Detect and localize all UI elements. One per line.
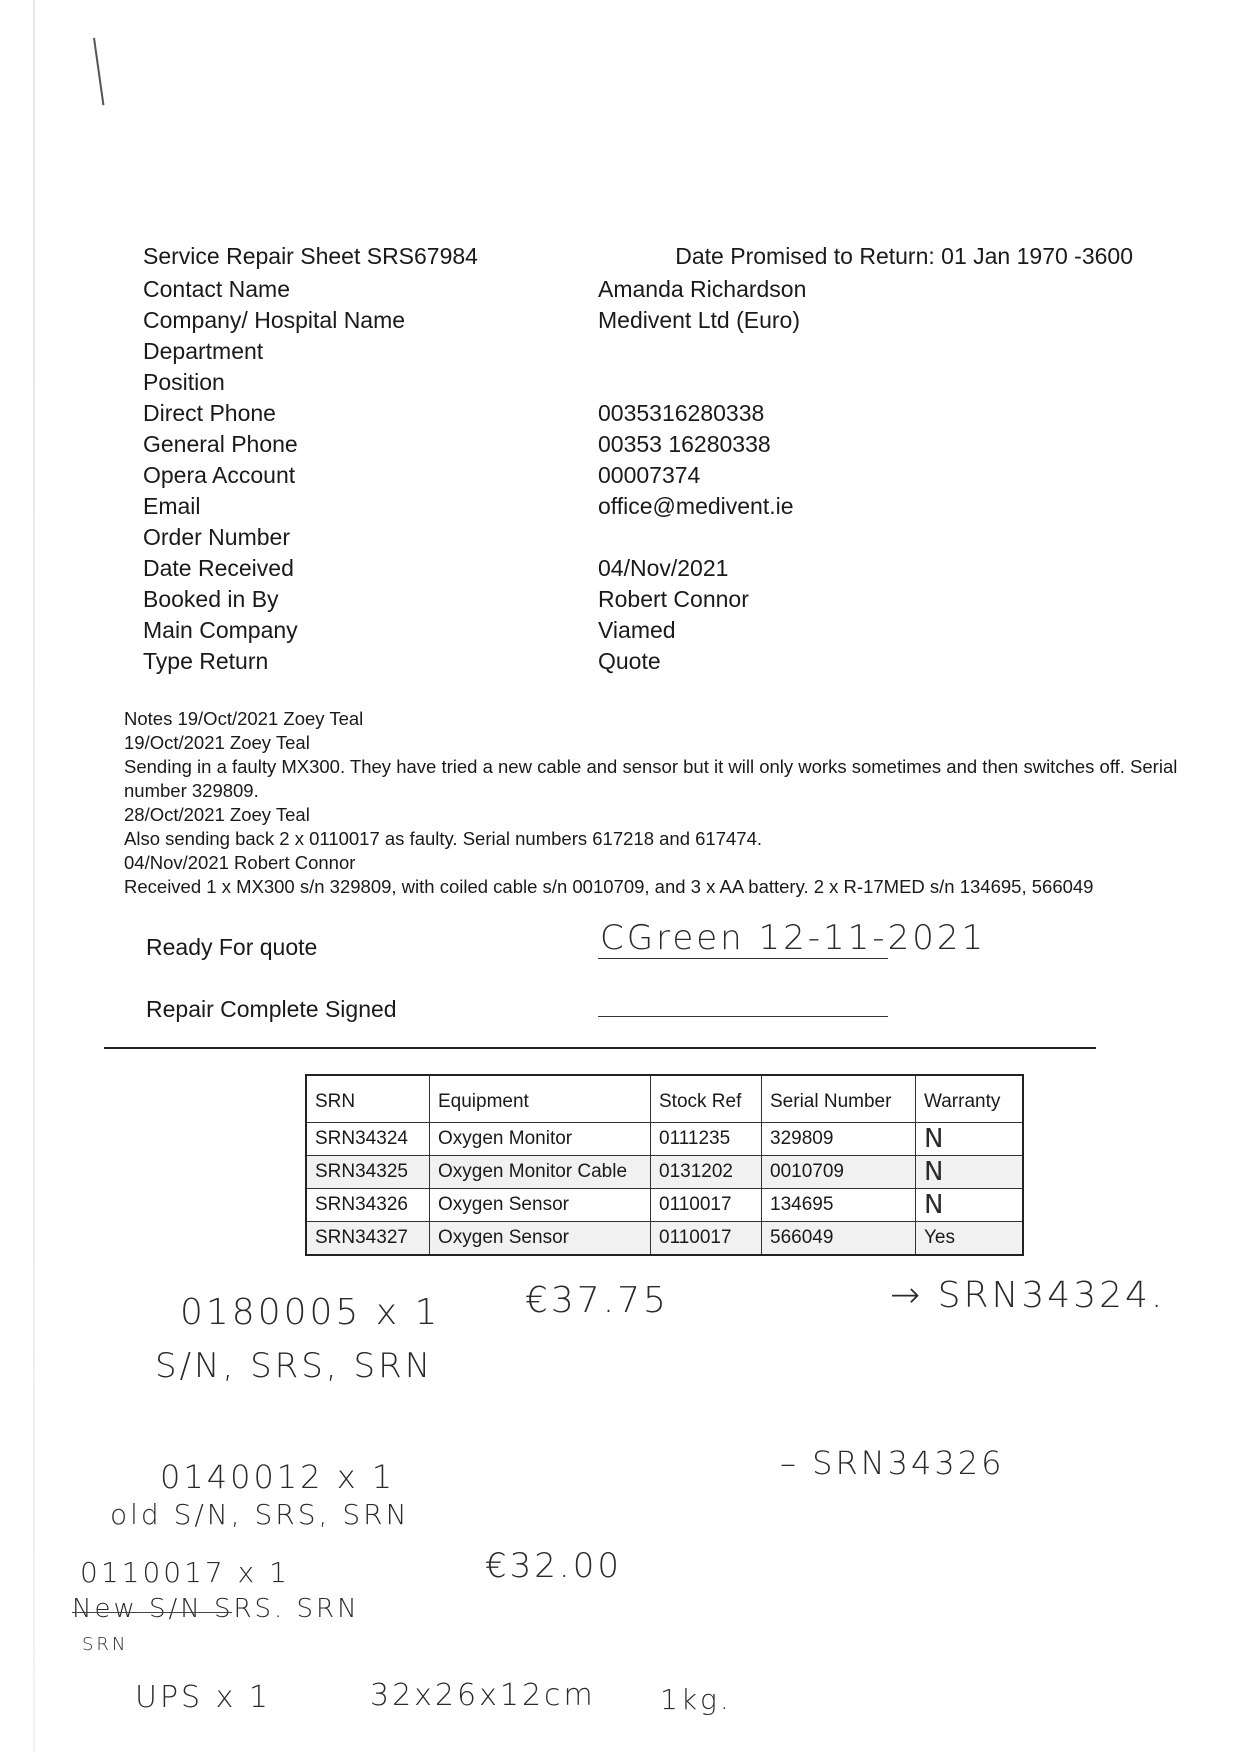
table-header-row: SRN Equipment Stock Ref Serial Number Wa… [306,1075,1023,1123]
field-email: Emailoffice@medivent.ie [143,491,806,522]
warranty-handwritten: N [916,1123,1024,1156]
note-entry: Received 1 x MX300 s/n 329809, with coil… [124,875,1234,899]
note-entry: 28/Oct/2021 Zoey Teal [124,803,1234,827]
handwritten-line-2: S/N, SRS, SRN [155,1346,433,1386]
field-position: Position [143,367,806,398]
note-entry: 04/Nov/2021 Robert Connor [124,851,1234,875]
table-row: SRN34325 Oxygen Monitor Cable 0131202 00… [306,1156,1023,1189]
scan-edge [33,0,35,1753]
handwritten-ref-1: → SRN34324. [890,1275,1165,1316]
handwritten-dimensions: 32x26x12cm [370,1678,596,1713]
warranty-handwritten: N [916,1156,1024,1189]
pen-mark [93,38,104,106]
field-main-company: Main CompanyViamed [143,615,806,646]
field-type-return: Type ReturnQuote [143,646,806,677]
handwritten-price-3: €32.00 [485,1546,622,1586]
note-entry: Also sending back 2 x 0110017 as faulty.… [124,827,1234,851]
sheet-title: Service Repair Sheet SRS67984 [143,243,478,270]
col-srn: SRN [306,1075,430,1123]
ready-for-quote-label: Ready For quote [146,934,317,961]
field-date-received: Date Received04/Nov/2021 [143,553,806,584]
field-contact-name: Contact NameAmanda Richardson [143,274,806,305]
table-row: SRN34324 Oxygen Monitor 0111235 329809 N [306,1123,1023,1156]
field-general-phone: General Phone00353 16280338 [143,429,806,460]
handwritten-line-6: New S/N SRS. SRN [72,1594,360,1624]
handwritten-line-7: SRN [82,1634,128,1655]
sheet-header: Service Repair Sheet SRS67984 Date Promi… [143,243,1133,270]
warranty-handwritten: N [916,1189,1024,1222]
repair-complete-label: Repair Complete Signed [146,996,397,1023]
note-entry: 19/Oct/2021 Zoey Teal [124,731,1234,755]
ready-signature: CGreen 12-11-2021 [600,918,986,958]
table-row: SRN34326 Oxygen Sensor 0110017 134695 N [306,1189,1023,1222]
contact-fields: Contact NameAmanda Richardson Company/ H… [143,274,806,677]
handwritten-price-1: €37.75 [525,1280,669,1321]
handwritten-part-2: 0140012 x 1 [160,1458,395,1496]
strikethrough [72,1612,232,1613]
section-divider [104,1047,1096,1049]
field-direct-phone: Direct Phone0035316280338 [143,398,806,429]
field-department: Department [143,336,806,367]
col-warranty: Warranty [916,1075,1024,1123]
notes-section: Notes 19/Oct/2021 Zoey Teal 19/Oct/2021 … [124,707,1234,899]
date-promised: Date Promised to Return: 01 Jan 1970 -36… [675,243,1133,270]
field-company: Company/ Hospital NameMedivent Ltd (Euro… [143,305,806,336]
field-booked-in-by: Booked in ByRobert Connor [143,584,806,615]
handwritten-weight: 1kg. [660,1683,732,1716]
complete-signature-line [598,1016,888,1017]
handwritten-ups: UPS x 1 [135,1680,271,1715]
handwritten-part-3: 0110017 x 1 [80,1556,290,1589]
field-order-number: Order Number [143,522,806,553]
col-serial-number: Serial Number [762,1075,916,1123]
ready-signature-line [598,958,888,959]
warranty-value: Yes [916,1222,1024,1256]
note-entry: Sending in a faulty MX300. They have tri… [124,755,1234,803]
handwritten-part-1: 0180005 x 1 [180,1292,440,1333]
table-row: SRN34327 Oxygen Sensor 0110017 566049 Ye… [306,1222,1023,1256]
handwritten-line-4: old S/N, SRS, SRN [110,1498,410,1531]
col-equipment: Equipment [430,1075,651,1123]
equipment-table: SRN Equipment Stock Ref Serial Number Wa… [305,1074,1024,1256]
col-stock-ref: Stock Ref [651,1075,762,1123]
handwritten-ref-2: – SRN34326 [780,1444,1004,1482]
notes-heading: Notes 19/Oct/2021 Zoey Teal [124,707,1234,731]
field-opera-account: Opera Account00007374 [143,460,806,491]
